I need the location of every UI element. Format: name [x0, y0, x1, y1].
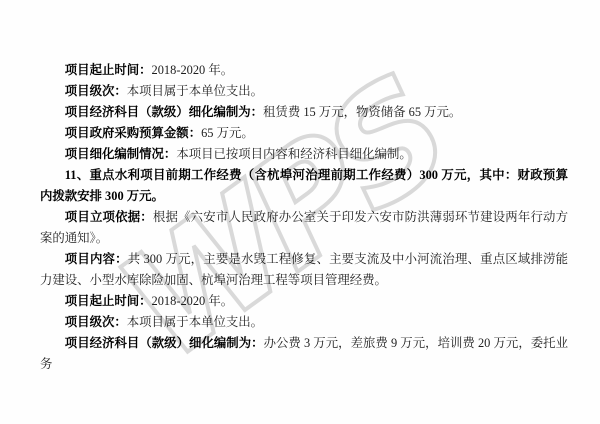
- paragraph-text: 65 万元。: [201, 126, 254, 140]
- document-paragraph: 项目级次：本项目属于本单位支出。: [40, 312, 568, 333]
- paragraph-label: 项目级次：: [65, 315, 127, 329]
- document-paragraph: 项目立项依据：根据《六安市人民政府办公室关于印发六安市防洪薄弱环节建设两年行动方…: [40, 207, 568, 249]
- paragraph-label: 项目起止时间：: [65, 63, 152, 77]
- document-paragraph: 项目起止时间：2018-2020 年。: [40, 291, 568, 312]
- paragraph-text: 本项目属于本单位支出。: [127, 315, 263, 329]
- document-paragraph: 项目经济科目（款级）细化编制为：租赁费 15 万元，物资储备 65 万元。: [40, 102, 568, 123]
- document-paragraph: 项目级次：本项目属于本单位支出。: [40, 81, 568, 102]
- paragraph-text: 2018-2020 年。: [152, 63, 234, 77]
- paragraph-text: 2018-2020 年。: [152, 294, 234, 308]
- document-paragraph: 11、重点水利项目前期工作经费（含杭埠河治理前期工作经费）300 万元，其中：财…: [40, 165, 568, 207]
- page-background: WPS 项目起止时间：2018-2020 年。项目级次：本项目属于本单位支出。项…: [0, 0, 600, 424]
- paragraph-label: 项目经济科目（款级）细化编制为：: [65, 336, 264, 350]
- paragraph-label: 项目细化编制情况：: [65, 147, 177, 161]
- paragraph-label: 项目级次：: [65, 84, 127, 98]
- paragraph-label: 项目经济科目（款级）细化编制为：: [65, 105, 263, 119]
- paragraph-text: 租赁费 15 万元，物资储备 65 万元。: [263, 105, 461, 119]
- document-paragraph: 项目内容：共 300 万元，主要是水毁工程修复、主要支流及中小河流治理、重点区域…: [40, 249, 568, 291]
- paragraph-text: 本项目属于本单位支出。: [127, 84, 263, 98]
- paragraph-label: 项目政府采购预算金额：: [65, 126, 201, 140]
- document-paragraph: 项目细化编制情况：本项目已按项目内容和经济科目细化编制。: [40, 144, 568, 165]
- document-paragraph: 项目政府采购预算金额：65 万元。: [40, 123, 568, 144]
- paragraph-label: 项目内容：: [65, 252, 128, 266]
- paragraph-text: 本项目已按项目内容和经济科目细化编制。: [176, 147, 411, 161]
- paragraph-label: 项目起止时间：: [65, 294, 152, 308]
- paragraph-text: 11、重点水利项目前期工作经费（含杭埠河治理前期工作经费）300 万元，其中：财…: [40, 168, 568, 203]
- document-paragraph: 项目起止时间：2018-2020 年。: [40, 60, 568, 81]
- document-paragraph: 项目经济科目（款级）细化编制为：办公费 3 万元，差旅费 9 万元，培训费 20…: [40, 333, 568, 375]
- document-page: { "page": { "background_color": "#ffffff…: [0, 0, 600, 424]
- document-body: 项目起止时间：2018-2020 年。项目级次：本项目属于本单位支出。项目经济科…: [40, 60, 568, 375]
- paragraph-label: 项目立项依据：: [65, 210, 153, 224]
